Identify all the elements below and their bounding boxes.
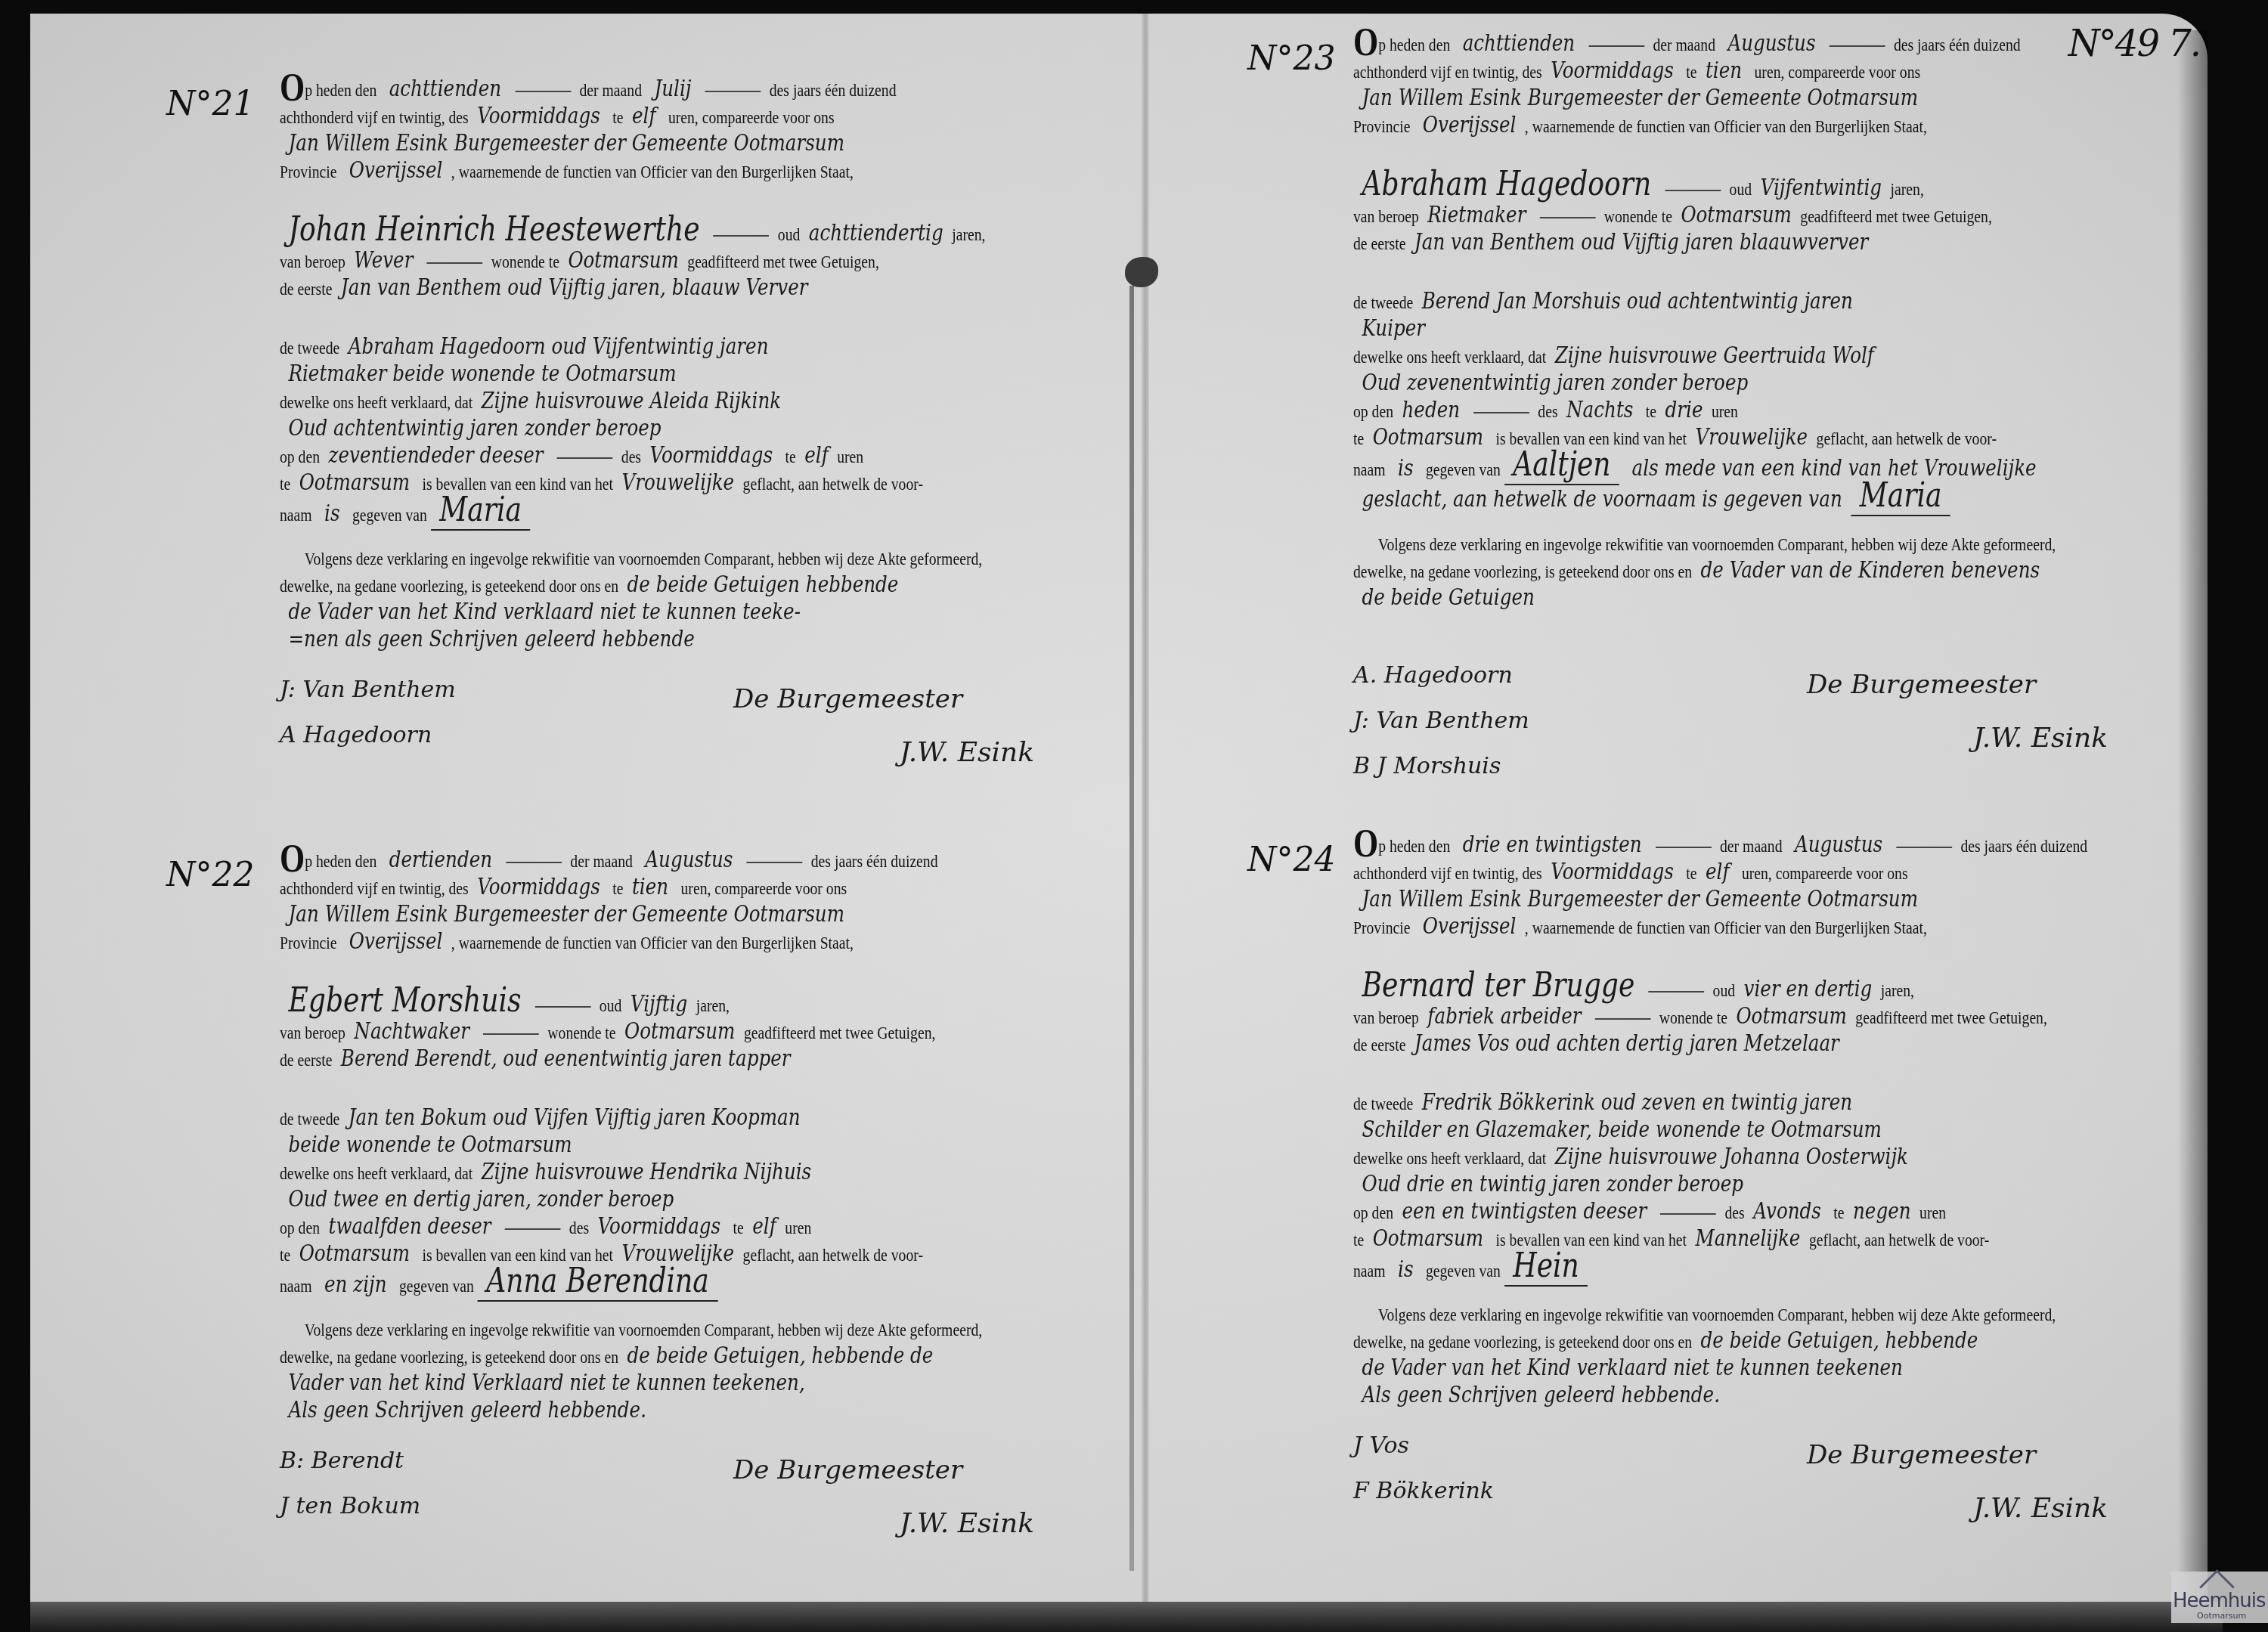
line-signed-cont1: de Vader van het Kind verklaard niet te … <box>1353 1355 2264 1383</box>
child-extra2-field: geslacht, aan hetwelk de voornaam is geg… <box>1353 486 1851 513</box>
child-extra-field: als mede van een kind van het Vrouwelijk… <box>1623 455 2045 482</box>
birth-hour-field: drie <box>1656 397 1712 423</box>
signed-cont1-field: de beide Getuigen <box>1353 584 1543 611</box>
month-field: Julij <box>646 76 700 102</box>
official-field: Jan Willem Esink Burgemeester der Gemeen… <box>1353 886 1926 912</box>
blank-line <box>1896 847 1952 848</box>
line-province: Provincie Overijssel, waarnemende de fun… <box>1353 914 2264 941</box>
blank-line <box>535 1006 591 1008</box>
witness-signature: J Vos <box>1353 1432 1409 1459</box>
book-bottom-edge <box>30 1602 2223 1632</box>
line-official: Jan Willem Esink Burgemeester der Gemeen… <box>280 131 1191 158</box>
signature-block: A. Hagedoorn J: Van Benthem B J Morshuis… <box>1353 655 2230 806</box>
birth-daypart-field: Voormiddags <box>589 1213 730 1240</box>
province-field: Overijssel <box>1414 112 1525 138</box>
birth-place-field: Ootmarsum <box>1364 424 1492 451</box>
line-occupation: van beroepNachtwaker wonende teOotmarsum… <box>280 1019 1191 1046</box>
hour-field: tien <box>1696 57 1750 84</box>
line-birth-time: op denzeventiendeder deeser desVoormidda… <box>280 443 1191 470</box>
line-province: Provincie Overijssel, waarnemende de fun… <box>280 158 1191 185</box>
official-field: Jan Willem Esink Burgemeester der Gemeen… <box>280 130 853 156</box>
record-number: N°21 <box>166 85 255 123</box>
witness2-cont-field: Schilder en Glazemaker, beide wonende te… <box>1353 1116 1890 1143</box>
line-witness2: de tweedeAbraham Hagedoorn oud Vijfentwi… <box>280 334 1191 361</box>
wife-field: Zijne huisvrouwe Aleida Rijkink <box>472 388 790 414</box>
child-name: Aaltjen <box>1504 445 1619 485</box>
line-signed-cont2: Als geen Schrijven geleerd hebbende. <box>1353 1383 2264 1410</box>
line-time: achthonderd vijf en twintig, desVoormidd… <box>1353 58 2264 85</box>
residence-field: Ootmarsum <box>616 1018 744 1045</box>
line-child-name2: geslacht, aan hetwelk de voornaam is geg… <box>1353 483 2264 514</box>
daypart-field: Voormiddags <box>469 874 609 900</box>
province-field: Overijssel <box>1414 913 1525 940</box>
line-birth-time: op denheden desNachts tedrieuren <box>1353 398 2264 425</box>
occupation-field: fabriek arbeider <box>1419 1003 1590 1030</box>
line-mother-cont: Oud drie en twintig jaren zonder beroep <box>1353 1172 2264 1199</box>
line-volgens: Volgens deze verklaring en ingevolge rek… <box>280 1318 1191 1343</box>
line-child-name: naam is gegeven van Maria <box>280 497 1191 528</box>
blank-line <box>483 1033 539 1035</box>
line-birth-place: teOotmarsum is bevallen van een kind van… <box>1353 1226 2264 1253</box>
line-mother-cont: Oud twee en dertig jaren, zonder beroep <box>280 1187 1191 1214</box>
line-witness2-cont: Schilder en Glazemaker, beide wonende te… <box>1353 1117 2264 1144</box>
age-field: vier en dertig <box>1735 976 1881 1002</box>
birth-record: N°21 Op heden den achttienden der maand … <box>174 76 1157 820</box>
occupation-field: Wever <box>345 247 422 274</box>
witness2-cont-field: beide wonende te Ootmarsum <box>280 1132 581 1158</box>
witness-signature: J: Van Benthem <box>280 677 456 703</box>
comparant-name: Johan Heinrich Heestewerthe <box>280 210 708 249</box>
residence-field: Ootmarsum <box>1672 202 1800 228</box>
birth-day-field: twaalfden deeser <box>320 1213 500 1240</box>
blank-line <box>1539 217 1595 218</box>
signed-text-field: de Vader van de Kinderen benevens <box>1692 557 2049 584</box>
birth-record: N°24 Op heden den drie en twintigsten de… <box>1247 831 2230 1576</box>
blank-line <box>714 235 770 237</box>
burgemeester-title: De Burgemeester <box>1807 670 2036 700</box>
line-mother: dewelke ons heeft verklaard, datZijne hu… <box>1353 343 2264 370</box>
line-volgens: Volgens deze verklaring en ingevolge rek… <box>1353 1302 2264 1328</box>
sex-field: Vrouwelijke <box>613 469 743 496</box>
burgemeester-signature: J.W. Esink <box>900 1508 1034 1539</box>
day-field: dertienden <box>380 847 500 873</box>
line-witness2: de tweedeBerend Jan Morshuis oud achtent… <box>1353 289 2264 316</box>
month-field: Augustus <box>1786 831 1891 858</box>
line-time: achthonderd vijf en twintig, desVoormidd… <box>280 875 1191 902</box>
line-volgens: Volgens deze verklaring en ingevolge rek… <box>1353 532 2264 558</box>
line-mother: dewelke ons heeft verklaard, datZijne hu… <box>280 389 1191 416</box>
witness2-cont-field: Rietmaker beide wonende te Ootmarsum <box>280 361 685 387</box>
signed-cont1-field: Vader van het kind Verklaard niet te kun… <box>280 1370 813 1396</box>
witness1-field: James Vos oud achten dertig jaren Metzel… <box>1405 1030 1848 1057</box>
witness1-field: Berend Berendt, oud eenentwintig jaren t… <box>332 1045 799 1072</box>
witness1-field: Jan van Benthem oud Vijftig jaren, blaau… <box>332 274 816 301</box>
witness-signature: J ten Bokum <box>280 1493 420 1519</box>
line-child-name: naam en zijn gegeven van Anna Berendina <box>280 1268 1191 1299</box>
line-signed-cont2: Als geen Schrijven geleerd hebbende. <box>280 1398 1191 1425</box>
birth-hour-field: negen <box>1845 1198 1920 1225</box>
birth-daypart-field: Avonds <box>1745 1198 1830 1225</box>
signed-cont2-field: =nen als geen Schrijven geleerd hebbende <box>280 626 703 652</box>
blank-line <box>1648 991 1704 993</box>
burgemeester-signature: J.W. Esink <box>900 737 1034 768</box>
month-field: Augustus <box>637 847 742 873</box>
record-number: N°22 <box>166 856 255 894</box>
comparant-name: Bernard ter Brugge <box>1353 966 1644 1005</box>
line-witness1: de eersteJames Vos oud achten dertig jar… <box>1353 1031 2264 1058</box>
child-extra-field <box>717 1271 735 1298</box>
daypart-field: Voormiddags <box>1542 859 1683 885</box>
blank-line <box>1595 1018 1651 1020</box>
signed-cont2-field: Als geen Schrijven geleerd hebbende. <box>1353 1382 1728 1408</box>
wife-field: Zijne huisvrouwe Johanna Oosterwijk <box>1546 1144 1916 1170</box>
blank-line <box>505 1228 561 1230</box>
burgemeester-title: De Burgemeester <box>733 1455 962 1485</box>
signature-block: J: Van Benthem A Hagedoorn De Burgemeest… <box>280 669 1157 820</box>
hour-field: elf <box>1696 859 1737 885</box>
signed-text-field: de beide Getuigen, hebbende de <box>618 1342 942 1369</box>
line-witness1: de eersteJan van Benthem oud Vijftig jar… <box>1353 230 2264 257</box>
burgemeester-signature: J.W. Esink <box>1973 1493 2108 1524</box>
signature-block: B: Berendt J ten Bokum De Burgemeester J… <box>280 1440 1157 1591</box>
wife-cont-field: Oud achtentwintig jaren zonder beroep <box>280 415 670 441</box>
witness-signature: J: Van Benthem <box>1353 708 1529 734</box>
signature-block: J Vos F Bökkerink De Burgemeester J.W. E… <box>1353 1425 2230 1576</box>
age-field: achttiendertig <box>800 220 952 246</box>
line-child-name: naam is gegeven van Aaltjen als mede van… <box>1353 452 2264 483</box>
line-occupation: van beroepRietmaker wonende teOotmarsumg… <box>1353 203 2264 230</box>
day-field: achttienden <box>380 76 510 102</box>
line-comparant: Abraham Hagedoorn oudVijfentwintigjaren, <box>1353 172 2264 203</box>
line-birth-place: teOotmarsum is bevallen van een kind van… <box>1353 425 2264 452</box>
age-field: Vijfentwintig <box>1752 175 1890 201</box>
naam-is-field: is <box>316 500 349 527</box>
witness2-field: Jan ten Bokum oud Vijfen Vijftig jaren K… <box>339 1104 809 1131</box>
line-date: Op heden den dertienden der maand August… <box>280 847 1191 875</box>
line-date: Op heden den achttienden der maand Augus… <box>1353 30 2264 58</box>
record-number: N°23 <box>1247 39 1336 78</box>
line-birth-place: teOotmarsum is bevallen van een kind van… <box>280 470 1191 497</box>
blank-line <box>1588 45 1644 47</box>
witness-signature: F Bökkerink <box>1353 1478 1494 1504</box>
line-birth-time: op dentwaalfden deeser desVoormiddags te… <box>280 1214 1191 1241</box>
line-comparant: Bernard ter Brugge oudvier en dertigjare… <box>1353 973 2264 1004</box>
witness-signature: A. Hagedoorn <box>1353 662 1513 689</box>
line-signed: dewelke, na gedane voorlezing, is geteek… <box>1353 1328 2264 1355</box>
witness2-field: Fredrik Bökkerink oud zeven en twintig j… <box>1413 1089 1861 1116</box>
line-witness2-cont: Kuiper <box>1353 316 2264 343</box>
signed-text-field: de beide Getuigen, hebbende <box>1692 1327 1987 1354</box>
line-mother-cont: Oud achtentwintig jaren zonder beroep <box>280 416 1191 443</box>
wife-cont-field: Oud twee en dertig jaren, zonder beroep <box>280 1186 683 1212</box>
line-mother: dewelke ons heeft verklaard, datZijne hu… <box>280 1160 1191 1187</box>
line-official: Jan Willem Esink Burgemeester der Gemeen… <box>1353 887 2264 914</box>
residence-field: Ootmarsum <box>559 247 687 274</box>
line-date: Op heden den achttienden der maand Julij… <box>280 76 1191 104</box>
burgemeester-title: De Burgemeester <box>1807 1440 2036 1470</box>
birth-record: N°23 Op heden den achttienden der maand … <box>1247 30 2230 806</box>
line-witness2: de tweedeFredrik Bökkerink oud zeven en … <box>1353 1090 2264 1117</box>
signed-text-field: de beide Getuigen hebbende <box>618 571 907 598</box>
daypart-field: Voormiddags <box>469 103 609 129</box>
birth-hour-field: elf <box>796 442 837 469</box>
naam-is-field: en zijn <box>316 1271 395 1298</box>
line-witness2-cont: beide wonende te Ootmarsum <box>280 1132 1191 1160</box>
blank-line <box>1660 1213 1716 1215</box>
line-volgens: Volgens deze verklaring en ingevolge rek… <box>280 547 1191 572</box>
witness2-field: Berend Jan Morshuis oud achtentwintig ja… <box>1413 288 1861 314</box>
line-witness1: de eersteBerend Berendt, oud eenentwinti… <box>280 1046 1191 1073</box>
province-field: Overijssel <box>340 157 451 184</box>
blank-line <box>705 91 761 92</box>
birth-place-field: Ootmarsum <box>290 469 418 496</box>
age-field: Vijftig <box>621 991 696 1017</box>
official-field: Jan Willem Esink Burgemeester der Gemeen… <box>1353 85 1926 111</box>
blank-line <box>515 91 571 92</box>
line-signed: dewelke, na gedane voorlezing, is geteek… <box>1353 558 2264 585</box>
line-witness2-cont: Rietmaker beide wonende te Ootmarsum <box>280 361 1191 389</box>
birth-place-field: Ootmarsum <box>1364 1225 1492 1252</box>
birth-hour-field: elf <box>744 1213 785 1240</box>
child-extra-field <box>530 500 547 527</box>
burgemeester-title: De Burgemeester <box>733 684 962 714</box>
line-official: Jan Willem Esink Burgemeester der Gemeen… <box>1353 85 2264 113</box>
wife-cont-field: Oud zevenentwintig jaren zonder beroep <box>1353 370 1757 396</box>
line-child-name: naam is gegeven van Hein <box>1353 1253 2264 1284</box>
line-province: Provincie Overijssel, waarnemende de fun… <box>1353 113 2264 140</box>
line-time: achthonderd vijf en twintig, desVoormidd… <box>280 104 1191 131</box>
blank-line <box>1656 847 1712 848</box>
birth-day-field: heden <box>1393 397 1469 423</box>
line-birth-time: op deneen en twintigsten deeser desAvond… <box>1353 1199 2264 1226</box>
witness2-field: Abraham Hagedoorn oud Vijfentwintig jare… <box>339 333 777 360</box>
line-comparant: Egbert Morshuis oudVijftigjaren, <box>280 988 1191 1019</box>
day-field: drie en twintigsten <box>1454 831 1650 858</box>
blank-line <box>557 457 613 459</box>
line-signed: dewelke, na gedane voorlezing, is geteek… <box>280 1343 1191 1370</box>
child-extra-field <box>1588 1256 1605 1283</box>
birth-day-field: een en twintigsten deeser <box>1393 1198 1656 1225</box>
heemhuis-watermark: Heemhuis Ootmarsum <box>2171 1572 2268 1623</box>
signed-cont1-field: de Vader van het Kind verklaard niet te … <box>1353 1355 1911 1381</box>
line-signed-cont1: de beide Getuigen <box>1353 585 2264 612</box>
line-signed: dewelke, na gedane voorlezing, is geteek… <box>280 572 1191 599</box>
line-official: Jan Willem Esink Burgemeester der Gemeen… <box>280 902 1191 929</box>
occupation-field: Nachtwaker <box>345 1018 479 1045</box>
residence-field: Ootmarsum <box>1727 1003 1855 1030</box>
birth-place-field: Ootmarsum <box>290 1240 418 1267</box>
witness1-field: Jan van Benthem oud Vijftig jaren blaauw… <box>1405 229 1876 255</box>
line-date: Op heden den drie en twintigsten der maa… <box>1353 831 2264 859</box>
line-witness2: de tweedeJan ten Bokum oud Vijfen Vijfti… <box>280 1105 1191 1132</box>
hour-field: elf <box>623 103 664 129</box>
blank-line <box>746 862 802 863</box>
sex-field: Vrouwelijke <box>1687 424 1817 451</box>
comparant-name: Egbert Morshuis <box>280 981 530 1020</box>
signed-cont2-field: Als geen Schrijven geleerd hebbende. <box>280 1397 655 1423</box>
witness-signature: B J Morshuis <box>1353 753 1501 779</box>
birth-day-field: zeventiendeder deeser <box>320 442 552 469</box>
blank-line <box>1665 190 1721 191</box>
wife-field: Zijne huisvrouwe Hendrika Nijhuis <box>472 1159 820 1185</box>
birth-daypart-field: Voormiddags <box>641 442 782 469</box>
line-occupation: van beroepfabriek arbeider wonende teOot… <box>1353 1004 2264 1031</box>
line-signed-cont1: Vader van het kind Verklaard niet te kun… <box>280 1370 1191 1398</box>
child-name: Maria <box>431 491 531 531</box>
line-witness1: de eersteJan van Benthem oud Vijftig jar… <box>280 275 1191 302</box>
naam-is-field: is <box>1390 1256 1422 1283</box>
line-mother-cont: Oud zevenentwintig jaren zonder beroep <box>1353 370 2264 398</box>
official-field: Jan Willem Esink Burgemeester der Gemeen… <box>280 901 853 927</box>
province-field: Overijssel <box>340 928 451 955</box>
witness-signature: B: Berendt <box>280 1448 404 1474</box>
record-number: N°24 <box>1247 841 1336 879</box>
blank-line <box>1830 45 1885 47</box>
line-province: Provincie Overijssel, waarnemende de fun… <box>280 929 1191 956</box>
signed-cont2-field <box>1353 612 1371 638</box>
blank-line <box>426 262 482 264</box>
witness2-cont-field: Kuiper <box>1353 315 1434 342</box>
blank-line <box>1473 412 1529 413</box>
signed-cont1-field: de Vader van het Kind verklaard niet te … <box>280 599 809 625</box>
wife-cont-field: Oud drie en twintig jaren zonder beroep <box>1353 1171 1752 1197</box>
sex-field: Mannelijke <box>1687 1225 1809 1252</box>
line-signed-cont2: =nen als geen Schrijven geleerd hebbende <box>280 627 1191 654</box>
comparant-name: Abraham Hagedoorn <box>1353 165 1660 203</box>
blank-line <box>506 862 562 863</box>
occupation-field: Rietmaker <box>1419 202 1535 228</box>
line-birth-place: teOotmarsum is bevallen van een kind van… <box>280 1241 1191 1268</box>
line-signed-cont1: de Vader van het Kind verklaard niet te … <box>280 599 1191 627</box>
line-comparant: Johan Heinrich Heestewerthe oudachttiend… <box>280 217 1191 248</box>
burgemeester-signature: J.W. Esink <box>1973 723 2108 754</box>
birth-daypart-field: Nachts <box>1558 397 1642 423</box>
day-field: achttienden <box>1454 30 1583 57</box>
child-name: Anna Berendina <box>478 1262 718 1302</box>
line-mother: dewelke ons heeft verklaard, datZijne hu… <box>1353 1144 2264 1172</box>
hour-field: tien <box>623 874 677 900</box>
daypart-field: Voormiddags <box>1542 57 1683 84</box>
birth-record: N°22 Op heden den dertienden der maand A… <box>174 847 1157 1591</box>
child-name: Hein <box>1504 1246 1588 1287</box>
wife-field: Zijne huisvrouwe Geertruida Wolf <box>1546 342 1882 369</box>
line-signed-cont2 <box>1353 612 2264 639</box>
witness-signature: A Hagedoorn <box>280 722 432 748</box>
child-name2-field: Maria <box>1851 476 1950 516</box>
line-occupation: van beroepWever wonende teOotmarsumgeadf… <box>280 248 1191 275</box>
line-time: achthonderd vijf en twintig, desVoormidd… <box>1353 859 2264 887</box>
month-field: Augustus <box>1719 30 1824 57</box>
naam-is-field: is <box>1390 455 1422 482</box>
